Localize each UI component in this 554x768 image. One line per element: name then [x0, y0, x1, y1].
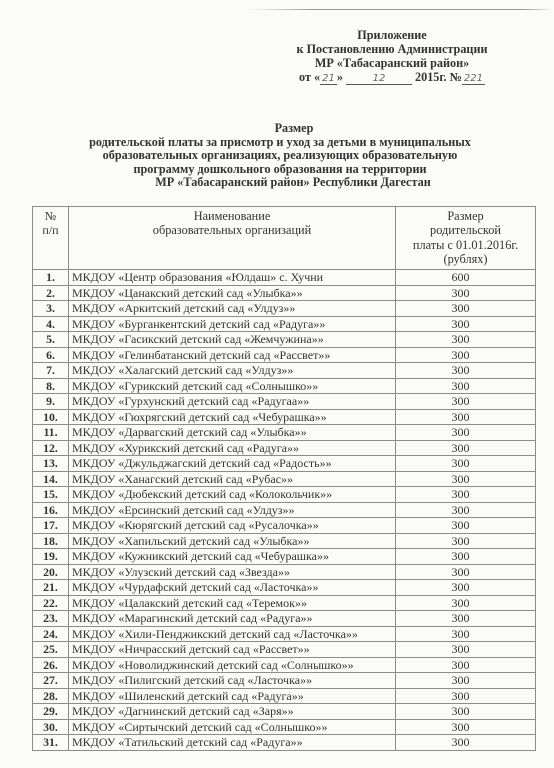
header-name-line-1: Наименование	[69, 209, 395, 223]
header-number-abbr: п/п	[33, 223, 68, 237]
organization-name: МКДОУ «Дагнинский детский сад «Заря»»	[69, 704, 396, 720]
row-number: 4.	[33, 316, 69, 332]
appendix-district: МР «Табасаранский район»	[262, 56, 522, 70]
title-line-1: Размер	[30, 122, 530, 136]
table-row: 19.МКДОУ «Кужникский детский сад «Чебура…	[33, 549, 536, 565]
table-row: 27.МКДОУ «Пилигский детский сад «Ласточк…	[33, 673, 536, 689]
row-number: 17.	[33, 518, 69, 534]
organization-name: МКДОУ «Хурикский детский сад «Радуга»»	[69, 440, 396, 456]
fee-amount: 300	[396, 719, 536, 735]
fee-amount: 300	[396, 595, 536, 611]
row-number: 7.	[33, 363, 69, 379]
fee-amount: 300	[396, 580, 536, 596]
row-number: 6.	[33, 347, 69, 363]
date-year: 2015г. №	[415, 70, 462, 84]
row-number: 3.	[33, 301, 69, 317]
fee-amount: 300	[396, 673, 536, 689]
appendix-resolution-ref: к Постановлению Администрации	[262, 42, 522, 56]
organization-name: МКДОУ «Халагский детский сад «Улдуз»»	[69, 363, 396, 379]
organization-name: МКДОУ «Шиленский детский сад «Радуга»»	[69, 688, 396, 704]
organization-name: МКДОУ «Джульджагский детский сад «Радост…	[69, 456, 396, 472]
row-number: 29.	[33, 704, 69, 720]
organization-name: МКДОУ «Цанакский детский сад «Улыбка»»	[69, 285, 396, 301]
organization-name: МКДОУ «Хили-Пенджикский детский сад «Лас…	[69, 626, 396, 642]
table-row: 5.МКДОУ «Гасикский детский сад «Жемчужин…	[33, 332, 536, 348]
organization-name: МКДОУ «Татильский детский сад «Радуга»»	[69, 735, 396, 751]
fee-amount: 300	[396, 316, 536, 332]
table-row: 17.МКДОУ «Кюрягский детский сад «Русалоч…	[33, 518, 536, 534]
row-number: 14.	[33, 471, 69, 487]
organization-name: МКДОУ «Чурдафский детский сад «Ласточка»…	[69, 580, 396, 596]
organization-name: МКДОУ «Ерсинский детский сад «Улдуз»»	[69, 502, 396, 518]
row-number: 18.	[33, 533, 69, 549]
row-number: 9.	[33, 394, 69, 410]
header-number-symbol: №	[33, 209, 68, 223]
row-number: 8.	[33, 378, 69, 394]
fee-amount: 300	[396, 688, 536, 704]
table-header-row: № п/п Наименование образовательных орган…	[33, 207, 536, 270]
row-number: 16.	[33, 502, 69, 518]
organization-name: МКДОУ «Хапильский детский сад «Улыбка»»	[69, 533, 396, 549]
header-fee: Размер родительской платы с 01.01.2016г.…	[396, 207, 536, 270]
row-number: 30.	[33, 719, 69, 735]
header-number: № п/п	[33, 207, 69, 270]
fee-amount: 300	[396, 301, 536, 317]
table-row: 29.МКДОУ «Дагнинский детский сад «Заря»»…	[33, 704, 536, 720]
organization-name: МКДОУ «Улузский детский сад «Звезда»»	[69, 564, 396, 580]
row-number: 23.	[33, 611, 69, 627]
header-fee-line-2: родительской	[396, 223, 535, 237]
fee-amount: 300	[396, 440, 536, 456]
table-row: 13.МКДОУ «Джульджагский детский сад «Рад…	[33, 456, 536, 472]
fee-amount: 300	[396, 332, 536, 348]
organization-name: МКДОУ «Кужникский детский сад «Чебурашка…	[69, 549, 396, 565]
fee-amount: 300	[396, 409, 536, 425]
row-number: 13.	[33, 456, 69, 472]
fee-amount: 300	[396, 471, 536, 487]
row-number: 15.	[33, 487, 69, 503]
organization-name: МКДОУ «Ханагский детский сад «Рубас»»	[69, 471, 396, 487]
date-mid: »	[337, 70, 343, 84]
organization-name: МКДОУ «Кюрягский детский сад «Русалочка»…	[69, 518, 396, 534]
organization-name: МКДОУ «Марагинский детский сад «Радуга»»	[69, 611, 396, 627]
fee-amount: 300	[396, 285, 536, 301]
fee-amount: 300	[396, 363, 536, 379]
row-number: 5.	[33, 332, 69, 348]
organization-name: МКДОУ «Бурганкентский детский сад «Радуг…	[69, 316, 396, 332]
organization-name: МКДОУ «Гелинбатанский детский сад «Рассв…	[69, 347, 396, 363]
fee-amount: 300	[396, 611, 536, 627]
row-number: 20.	[33, 564, 69, 580]
fee-amount: 300	[396, 425, 536, 441]
row-number: 2.	[33, 285, 69, 301]
fee-amount: 300	[396, 735, 536, 751]
row-number: 19.	[33, 549, 69, 565]
fee-amount: 300	[396, 394, 536, 410]
table-row: 24.МКДОУ «Хили-Пенджикский детский сад «…	[33, 626, 536, 642]
header-organization-name: Наименование образовательных организаций	[69, 207, 396, 270]
fees-table: № п/п Наименование образовательных орган…	[32, 206, 536, 751]
fee-amount: 300	[396, 564, 536, 580]
table-row: 6.МКДОУ «Гелинбатанский детский сад «Рас…	[33, 347, 536, 363]
table-row: 31.МКДОУ «Татильский детский сад «Радуга…	[33, 735, 536, 751]
title-line-4: программу дошкольного образования на тер…	[30, 163, 530, 177]
row-number: 24.	[33, 626, 69, 642]
fee-amount: 300	[396, 642, 536, 658]
fee-amount: 300	[396, 533, 536, 549]
organization-name: МКДОУ «Цалакский детский сад «Теремок»»	[69, 595, 396, 611]
table-row: 25.МКДОУ «Ничрасский детский сад «Рассве…	[33, 642, 536, 658]
handwritten-month: 12	[346, 73, 412, 85]
fee-amount: 300	[396, 347, 536, 363]
fee-amount: 300	[396, 518, 536, 534]
fee-amount: 300	[396, 502, 536, 518]
table-row: 23.МКДОУ «Марагинский детский сад «Радуг…	[33, 611, 536, 627]
organization-name: МКДОУ «Аркитский детский сад «Улдуз»»	[69, 301, 396, 317]
fee-amount: 300	[396, 704, 536, 720]
organization-name: МКДОУ «Гасикский детский сад «Жемчужина»…	[69, 332, 396, 348]
fee-amount: 300	[396, 657, 536, 673]
organization-name: МКДОУ «Центр образования «Юлдаш» с. Хучн…	[69, 270, 396, 286]
header-fee-line-1: Размер	[396, 209, 535, 223]
table-row: 2.МКДОУ «Цанакский детский сад «Улыбка»»…	[33, 285, 536, 301]
organization-name: МКДОУ «Сиртычский детский сад «Солнышко»…	[69, 719, 396, 735]
appendix-date-line: от «21» 12 2015г. №221	[262, 70, 522, 85]
organization-name: МКДОУ «Пилигский детский сад «Ласточка»»	[69, 673, 396, 689]
table-row: 28.МКДОУ «Шиленский детский сад «Радуга»…	[33, 688, 536, 704]
row-number: 25.	[33, 642, 69, 658]
row-number: 22.	[33, 595, 69, 611]
fee-amount: 300	[396, 549, 536, 565]
row-number: 26.	[33, 657, 69, 673]
table-row: 8.МКДОУ «Гурикский детский сад «Солнышко…	[33, 378, 536, 394]
table-row: 20.МКДОУ «Улузский детский сад «Звезда»»…	[33, 564, 536, 580]
table-body: 1.МКДОУ «Центр образования «Юлдаш» с. Ху…	[33, 270, 536, 751]
organization-name: МКДОУ «Ничрасский детский сад «Рассвет»»	[69, 642, 396, 658]
handwritten-day: 21	[320, 73, 337, 85]
title-line-3: образовательных организациях, реализующи…	[30, 149, 530, 163]
row-number: 1.	[33, 270, 69, 286]
table-row: 3.МКДОУ «Аркитский детский сад «Улдуз»»3…	[33, 301, 536, 317]
row-number: 21.	[33, 580, 69, 596]
row-number: 27.	[33, 673, 69, 689]
title-line-5: МР «Табасаранский район» Республики Даге…	[30, 176, 530, 190]
table-row: 21.МКДОУ «Чурдафский детский сад «Ласточ…	[33, 580, 536, 596]
organization-name: МКДОУ «Гурхунский детский сад «Радугаа»»	[69, 394, 396, 410]
row-number: 28.	[33, 688, 69, 704]
appendix-header: Приложение к Постановлению Администрации…	[262, 28, 522, 85]
header-fee-line-3: платы с 01.01.2016г.	[396, 238, 535, 252]
table-row: 16.МКДОУ «Ерсинский детский сад «Улдуз»»…	[33, 502, 536, 518]
fee-amount: 300	[396, 626, 536, 642]
table-row: 15.МКДОУ «Дюбекский детский сад «Колокол…	[33, 487, 536, 503]
header-name-line-2: образовательных организаций	[69, 223, 395, 237]
row-number: 10.	[33, 409, 69, 425]
header-fee-line-4: (рублях)	[396, 252, 535, 266]
appendix-label: Приложение	[262, 28, 522, 42]
row-number: 31.	[33, 735, 69, 751]
organization-name: МКДОУ «Дарвагский детский сад «Улыбка»»	[69, 425, 396, 441]
handwritten-number: 221	[462, 73, 485, 85]
table-row: 26.МКДОУ «Новолиджинский детский сад «Со…	[33, 657, 536, 673]
document-title: Размер родительской платы за присмотр и …	[30, 122, 530, 190]
table-row: 11.МКДОУ «Дарвагский детский сад «Улыбка…	[33, 425, 536, 441]
table-row: 4.МКДОУ «Бурганкентский детский сад «Рад…	[33, 316, 536, 332]
table-row: 9.МКДОУ «Гурхунский детский сад «Радугаа…	[33, 394, 536, 410]
page-edge-line	[250, 9, 554, 10]
table-row: 22.МКДОУ «Цалакский детский сад «Теремок…	[33, 595, 536, 611]
table-row: 1.МКДОУ «Центр образования «Юлдаш» с. Ху…	[33, 270, 536, 286]
table-row: 10.МКДОУ «Гюхрягский детский сад «Чебура…	[33, 409, 536, 425]
row-number: 12.	[33, 440, 69, 456]
fee-amount: 300	[396, 487, 536, 503]
table-row: 30.МКДОУ «Сиртычский детский сад «Солныш…	[33, 719, 536, 735]
organization-name: МКДОУ «Гурикский детский сад «Солнышко»»	[69, 378, 396, 394]
table-row: 12.МКДОУ «Хурикский детский сад «Радуга»…	[33, 440, 536, 456]
organization-name: МКДОУ «Гюхрягский детский сад «Чебурашка…	[69, 409, 396, 425]
table-row: 18.МКДОУ «Хапильский детский сад «Улыбка…	[33, 533, 536, 549]
fee-amount: 300	[396, 378, 536, 394]
table-row: 7.МКДОУ «Халагский детский сад «Улдуз»»3…	[33, 363, 536, 379]
organization-name: МКДОУ «Новолиджинский детский сад «Солны…	[69, 657, 396, 673]
table-row: 14.МКДОУ «Ханагский детский сад «Рубас»»…	[33, 471, 536, 487]
fee-amount: 600	[396, 270, 536, 286]
fee-amount: 300	[396, 456, 536, 472]
organization-name: МКДОУ «Дюбекский детский сад «Колокольчи…	[69, 487, 396, 503]
title-line-2: родительской платы за присмотр и уход за…	[30, 136, 530, 150]
date-prefix: от «	[299, 70, 320, 84]
row-number: 11.	[33, 425, 69, 441]
